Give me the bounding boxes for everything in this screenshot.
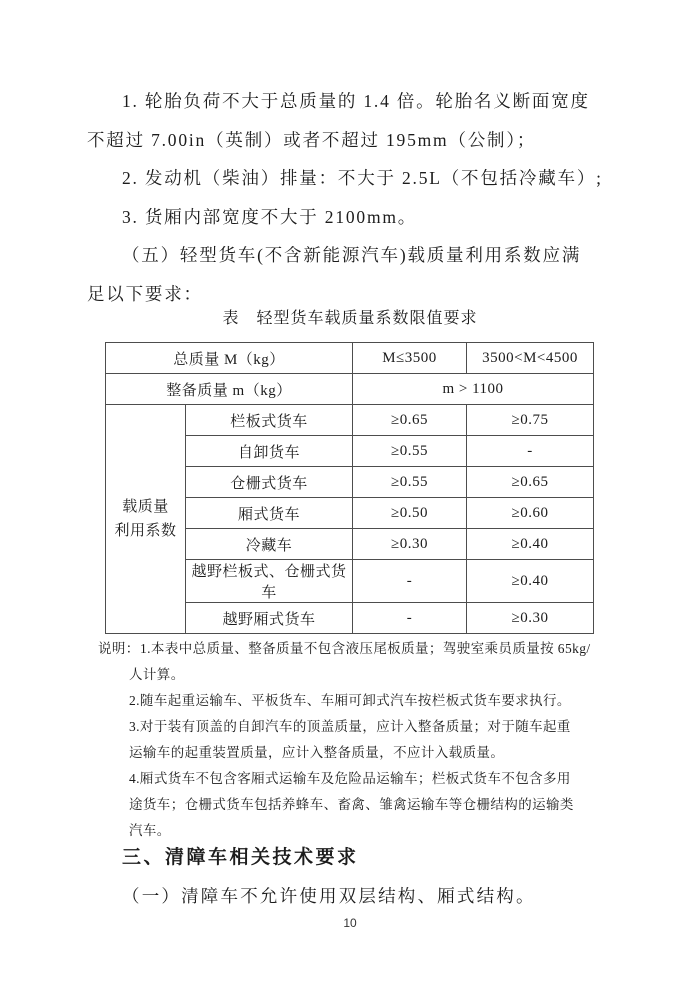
body-line: 1. 轮胎负荷不大于总质量的 1.4 倍。轮胎名义断面宽度 [87, 82, 615, 121]
header-cell-range-1: M≤3500 [353, 343, 467, 374]
cell-value-2: ≥0.75 [467, 405, 594, 436]
note-lines: 1.本表中总质量、整备质量不包含液压尾板质量；驾驶室乘员质量按 65kg/ 人计… [129, 636, 618, 844]
table-header-row: 总质量 M（kg） M≤3500 3500<M<4500 [106, 343, 594, 374]
section-sub-item: （一）清障车不允许使用双层结构、厢式结构。 [87, 878, 647, 914]
document-page: 1. 轮胎负荷不大于总质量的 1.4 倍。轮胎名义断面宽度 不超过 7.00in… [0, 0, 700, 990]
note-line: 3.对于装有顶盖的自卸汽车的顶盖质量，应计入整备质量；对于随车起重 [129, 714, 618, 740]
cell-vehicle-type: 栏板式货车 [186, 405, 353, 436]
body-line: 不超过 7.00in（英制）或者不超过 195mm（公制）； [87, 121, 615, 160]
cell-value-2: ≥0.40 [467, 529, 594, 560]
cell-value-1: ≥0.55 [353, 436, 467, 467]
cell-vehicle-type: 厢式货车 [186, 498, 353, 529]
table-title: 表 轻型货车载质量系数限值要求 [0, 306, 700, 332]
header-cell-curb-mass-value: m > 1100 [353, 374, 594, 405]
body-line: （五）轻型货车(不含新能源汽车)载质量利用系数应满 [87, 236, 615, 275]
spec-table: 总质量 M（kg） M≤3500 3500<M<4500 整备质量 m（kg） … [105, 342, 594, 634]
cell-value-2: ≥0.60 [467, 498, 594, 529]
cell-value-2: ≥0.65 [467, 467, 594, 498]
cell-value-1: - [353, 603, 467, 634]
note-line: 2.随车起重运输车、平板货车、车厢可卸式汽车按栏板式货车要求执行。 [129, 688, 618, 714]
stub-label-line: 利用系数 [108, 519, 183, 543]
body-paragraphs: 1. 轮胎负荷不大于总质量的 1.4 倍。轮胎名义断面宽度 不超过 7.00in… [87, 82, 615, 313]
cell-vehicle-type: 仓栅式货车 [186, 467, 353, 498]
note-line: 途货车；仓栅式货车包括养蜂车、畜禽、雏禽运输车等仓栅结构的运输类 [129, 792, 618, 818]
body-line: 2. 发动机（柴油）排量：不大于 2.5L（不包括冷藏车）; [87, 159, 615, 198]
body-line: 3. 货厢内部宽度不大于 2100mm。 [87, 198, 615, 237]
note-line: 运输车的起重装置质量，应计入整备质量，不应计入载质量。 [129, 740, 618, 766]
cell-value-1: - [353, 560, 467, 603]
cell-vehicle-type: 自卸货车 [186, 436, 353, 467]
stub-label-line: 载质量 [108, 495, 183, 519]
note-line: 人计算。 [129, 662, 618, 688]
note-line: 4.厢式货车不包含客厢式运输车及危险品运输车；栏板式货车不包含多用 [129, 766, 618, 792]
header-cell-range-2: 3500<M<4500 [467, 343, 594, 374]
table-row: 载质量 利用系数 栏板式货车 ≥0.65 ≥0.75 [106, 405, 594, 436]
header-cell-curb-mass: 整备质量 m（kg） [106, 374, 353, 405]
table-header-row: 整备质量 m（kg） m > 1100 [106, 374, 594, 405]
cell-value-2: - [467, 436, 594, 467]
cell-vehicle-type: 越野厢式货车 [186, 603, 353, 634]
note-line: 1.本表中总质量、整备质量不包含液压尾板质量；驾驶室乘员质量按 65kg/ [129, 636, 618, 662]
table-notes: 说明： 1.本表中总质量、整备质量不包含液压尾板质量；驾驶室乘员质量按 65kg… [98, 636, 618, 844]
cell-value-2: ≥0.30 [467, 603, 594, 634]
notes-label: 说明： [98, 636, 140, 662]
cell-value-1: ≥0.50 [353, 498, 467, 529]
header-cell-total-mass: 总质量 M（kg） [106, 343, 353, 374]
cell-value-2: ≥0.40 [467, 560, 594, 603]
cell-value-1: ≥0.65 [353, 405, 467, 436]
cell-vehicle-type: 越野栏板式、仓栅式货车 [186, 560, 353, 603]
cell-value-1: ≥0.55 [353, 467, 467, 498]
cell-value-1: ≥0.30 [353, 529, 467, 560]
stub-label-cell: 载质量 利用系数 [106, 405, 186, 634]
page-number: 10 [0, 916, 700, 930]
section-heading: 三、清障车相关技术要求 [87, 840, 647, 876]
cell-vehicle-type: 冷藏车 [186, 529, 353, 560]
